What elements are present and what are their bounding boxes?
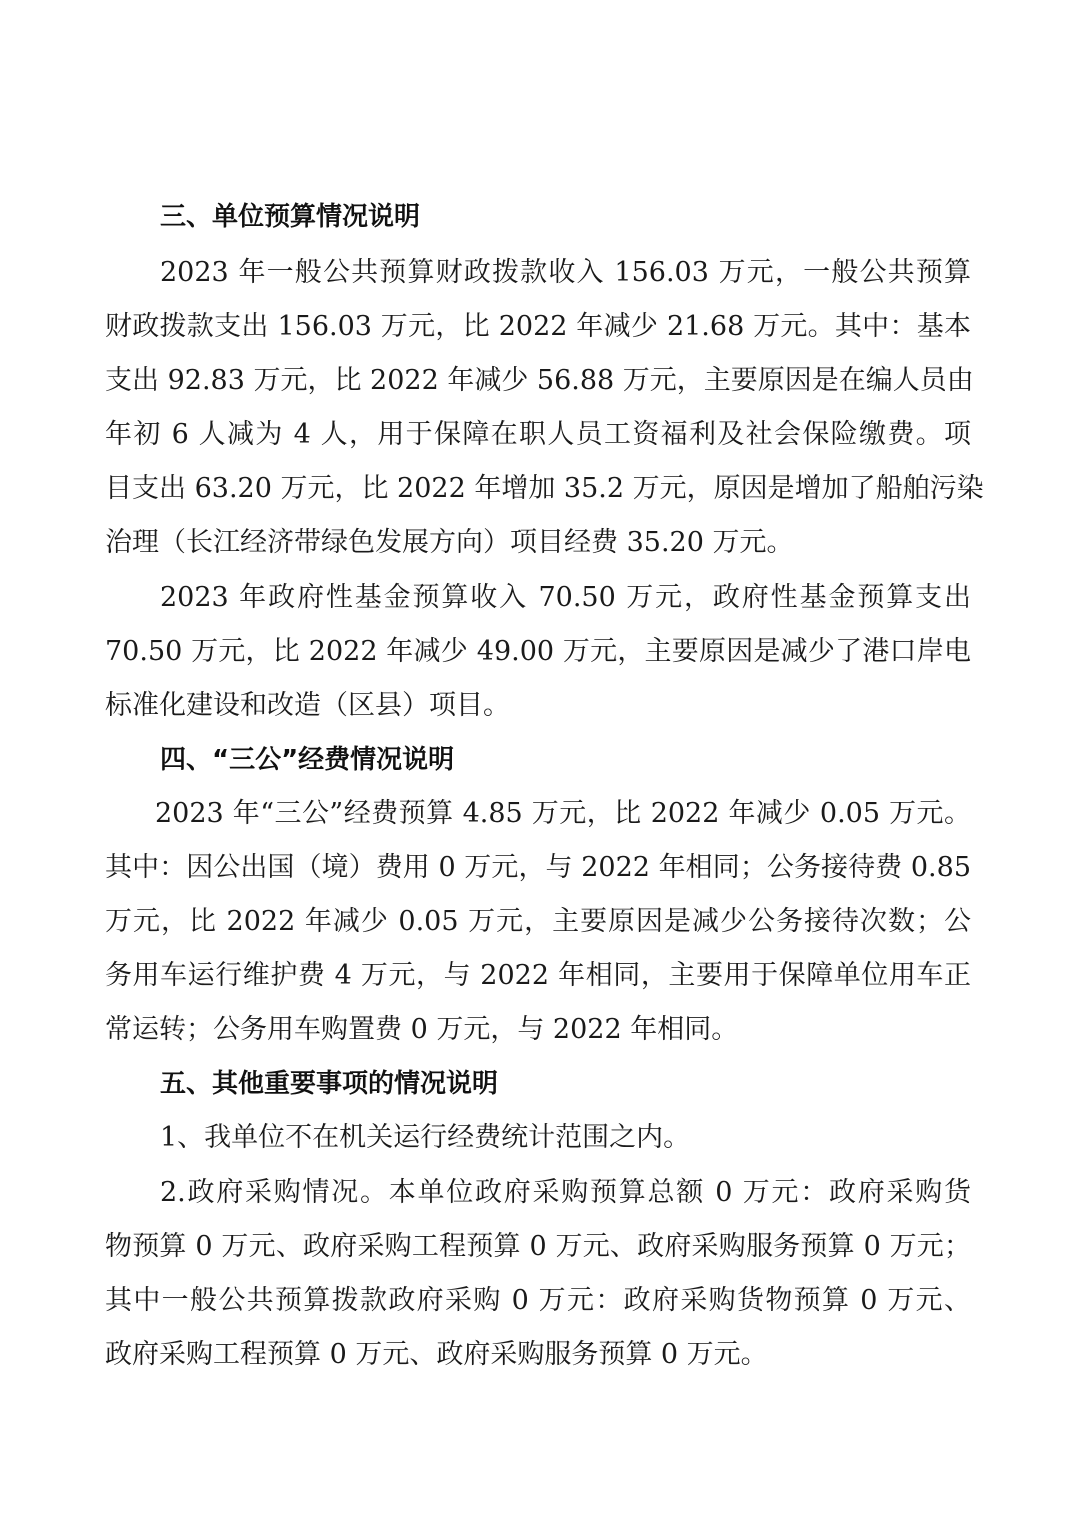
paragraph-line: 2.政府采购情况。本单位政府采购预算总额 0 万元：政府采购货 [160,1176,971,1210]
paragraph-line: 2023 年政府性基金预算收入 70.50 万元，政府性基金预算支出 [160,581,971,615]
section-heading-unit-budget: 三、单位预算情况说明 [160,200,420,234]
paragraph-line: 1、我单位不在机关运行经费统计范围之内。 [160,1121,971,1155]
paragraph-line: 治理（长江经济带绿色发展方向）项目经费 35.20 万元。 [105,526,971,560]
paragraph-line: 物预算 0 万元、政府采购工程预算 0 万元、政府采购服务预算 0 万元； [105,1230,971,1264]
section-heading-other-matters: 五、其他重要事项的情况说明 [160,1067,498,1101]
paragraph-line: 2023 年“三公”经费预算 4.85 万元，比 2022 年减少 0.05 万… [155,797,971,831]
paragraph-line: 其中一般公共预算拨款政府采购 0 万元：政府采购货物预算 0 万元、 [105,1284,971,1318]
document-page: 三、单位预算情况说明 2023 年一般公共预算财政拨款收入 156.03 万元，… [0,0,1074,1520]
paragraph-line: 政府采购工程预算 0 万元、政府采购服务预算 0 万元。 [105,1338,971,1372]
paragraph-line: 其中：因公出国（境）费用 0 万元，与 2022 年相同；公务接待费 0.85 [105,851,971,885]
paragraph-line: 财政拨款支出 156.03 万元，比 2022 年减少 21.68 万元。其中：… [105,310,971,344]
paragraph-line: 2023 年一般公共预算财政拨款收入 156.03 万元，一般公共预算 [160,256,971,290]
paragraph-line: 常运转；公务用车购置费 0 万元，与 2022 年相同。 [105,1013,971,1047]
paragraph-line: 务用车运行维护费 4 万元，与 2022 年相同，主要用于保障单位用车正 [105,959,971,993]
paragraph-line: 年初 6 人减为 4 人，用于保障在职人员工资福利及社会保险缴费。项 [105,418,971,452]
paragraph-line: 万元，比 2022 年减少 0.05 万元，主要原因是减少公务接待次数；公 [105,905,971,939]
paragraph-line: 目支出 63.20 万元，比 2022 年增加 35.2 万元，原因是增加了船舶… [105,472,971,506]
section-heading-three-public-expenses: 四、“三公”经费情况说明 [160,743,454,777]
paragraph-line: 70.50 万元，比 2022 年减少 49.00 万元，主要原因是减少了港口岸… [105,635,971,669]
paragraph-line: 支出 92.83 万元，比 2022 年减少 56.88 万元，主要原因是在编人… [105,364,971,398]
paragraph-line: 标准化建设和改造（区县）项目。 [105,689,971,723]
